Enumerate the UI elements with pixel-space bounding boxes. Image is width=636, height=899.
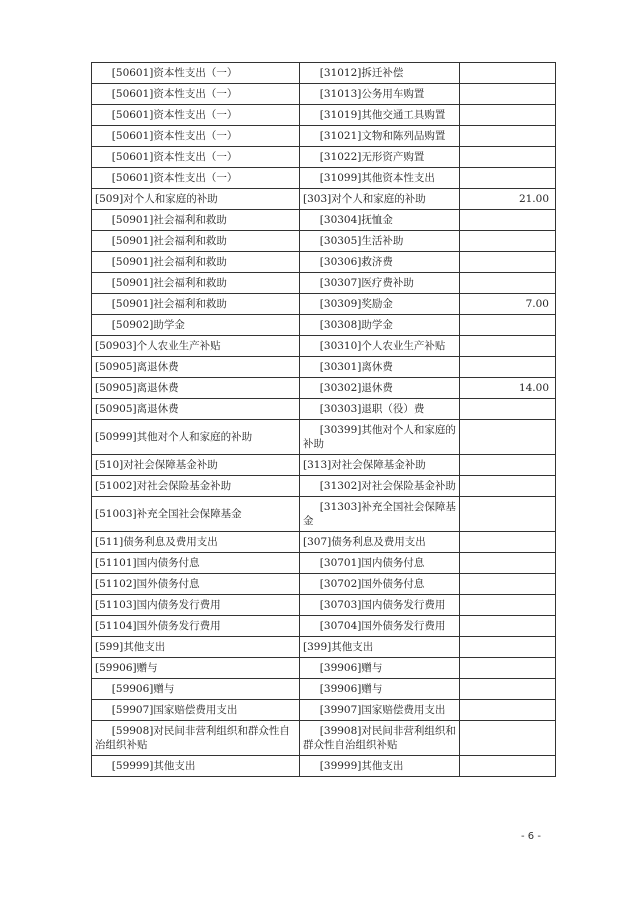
government-economic-category-cell: [50901]社会福利和救助: [92, 210, 300, 231]
government-economic-category-cell: [51103]国内债务发行费用: [92, 595, 300, 616]
departmental-economic-category-cell: [31303]补充全国社会保障基金: [300, 497, 460, 532]
government-economic-category-cell: [50901]社会福利和救助: [92, 252, 300, 273]
departmental-economic-category-cell: [31019]其他交通工具购置: [300, 105, 460, 126]
table-row: [59908]对民间非营利组织和群众性自治组织补贴[39908]对民间非营利组织…: [92, 721, 556, 756]
government-economic-category-cell: [50905]离退休费: [92, 399, 300, 420]
amount-cell: [460, 210, 556, 231]
amount-cell: [460, 336, 556, 357]
departmental-economic-category-cell: [30703]国内债务发行费用: [300, 595, 460, 616]
departmental-economic-category-cell: [30702]国外债务付息: [300, 574, 460, 595]
amount-cell: [460, 357, 556, 378]
government-economic-category-cell: [59908]对民间非营利组织和群众性自治组织补贴: [92, 721, 300, 756]
amount-cell: [460, 574, 556, 595]
government-economic-category-cell: [50901]社会福利和救助: [92, 294, 300, 315]
table-row: [50601]资本性支出（一）[31099]其他资本性支出: [92, 168, 556, 189]
departmental-economic-category-cell: [399]其他支出: [300, 637, 460, 658]
amount-cell: [460, 252, 556, 273]
departmental-economic-category-cell: [30301]离休费: [300, 357, 460, 378]
table-row: [50903]个人农业生产补贴[30310]个人农业生产补贴: [92, 336, 556, 357]
departmental-economic-category-cell: [39908]对民间非营利组织和群众性自治组织补贴: [300, 721, 460, 756]
table-row: [51103]国内债务发行费用[30703]国内债务发行费用: [92, 595, 556, 616]
departmental-economic-category-cell: [30306]救济费: [300, 252, 460, 273]
departmental-economic-category-cell: [303]对个人和家庭的补助: [300, 189, 460, 210]
government-economic-category-cell: [510]对社会保障基金补助: [92, 455, 300, 476]
government-economic-category-cell: [50902]助学金: [92, 315, 300, 336]
amount-cell: [460, 63, 556, 84]
table-row: [51002]对社会保险基金补助[31302]对社会保险基金补助: [92, 476, 556, 497]
amount-cell: [460, 455, 556, 476]
table-row: [50601]资本性支出（一）[31021]文物和陈列品购置: [92, 126, 556, 147]
table-row: [51102]国外债务付息[30702]国外债务付息: [92, 574, 556, 595]
amount-cell: [460, 553, 556, 574]
government-economic-category-cell: [50601]资本性支出（一）: [92, 63, 300, 84]
departmental-economic-category-cell: [31012]拆迁补偿: [300, 63, 460, 84]
government-economic-category-cell: [50901]社会福利和救助: [92, 273, 300, 294]
table-row: [50601]资本性支出（一）[31022]无形资产购置: [92, 147, 556, 168]
departmental-economic-category-cell: [30309]奖励金: [300, 294, 460, 315]
table-row: [50905]离退休费[30301]离休费: [92, 357, 556, 378]
amount-cell: [460, 476, 556, 497]
amount-cell: [460, 658, 556, 679]
table-row: [59999]其他支出[39999]其他支出: [92, 756, 556, 777]
amount-cell: 14.00: [460, 378, 556, 399]
government-economic-category-cell: [59906]赠与: [92, 658, 300, 679]
table-row: [50901]社会福利和救助[30306]救济费: [92, 252, 556, 273]
departmental-economic-category-cell: [30303]退职（役）费: [300, 399, 460, 420]
government-economic-category-cell: [59999]其他支出: [92, 756, 300, 777]
departmental-economic-category-cell: [31302]对社会保险基金补助: [300, 476, 460, 497]
government-economic-category-cell: [599]其他支出: [92, 637, 300, 658]
page-number: - 6 -: [521, 831, 541, 842]
amount-cell: [460, 399, 556, 420]
departmental-economic-category-cell: [313]对社会保障基金补助: [300, 455, 460, 476]
departmental-economic-category-cell: [30304]抚恤金: [300, 210, 460, 231]
table-row: [50601]资本性支出（一）[31013]公务用车购置: [92, 84, 556, 105]
government-economic-category-cell: [59906]赠与: [92, 679, 300, 700]
departmental-economic-category-cell: [30308]助学金: [300, 315, 460, 336]
amount-cell: [460, 105, 556, 126]
table-row: [511]债务利息及费用支出[307]债务利息及费用支出: [92, 532, 556, 553]
table-row: [50905]离退休费[30303]退职（役）费: [92, 399, 556, 420]
departmental-economic-category-cell: [39906]赠与: [300, 679, 460, 700]
government-economic-category-cell: [50601]资本性支出（一）: [92, 168, 300, 189]
departmental-economic-category-cell: [30704]国外债务发行费用: [300, 616, 460, 637]
departmental-economic-category-cell: [39999]其他支出: [300, 756, 460, 777]
amount-cell: [460, 756, 556, 777]
departmental-economic-category-cell: [31022]无形资产购置: [300, 147, 460, 168]
amount-cell: 7.00: [460, 294, 556, 315]
amount-cell: [460, 168, 556, 189]
table-row: [50902]助学金[30308]助学金: [92, 315, 556, 336]
departmental-economic-category-cell: [30399]其他对个人和家庭的补助: [300, 420, 460, 455]
amount-cell: [460, 315, 556, 336]
government-economic-category-cell: [509]对个人和家庭的补助: [92, 189, 300, 210]
table-row: [51104]国外债务发行费用[30704]国外债务发行费用: [92, 616, 556, 637]
table-row: [50905]离退休费[30302]退休费14.00: [92, 378, 556, 399]
amount-cell: 21.00: [460, 189, 556, 210]
table-row: [59907]国家赔偿费用支出[39907]国家赔偿费用支出: [92, 700, 556, 721]
departmental-economic-category-cell: [30310]个人农业生产补贴: [300, 336, 460, 357]
table-row: [50601]资本性支出（一）[31019]其他交通工具购置: [92, 105, 556, 126]
government-economic-category-cell: [50999]其他对个人和家庭的补助: [92, 420, 300, 455]
government-economic-category-cell: [50601]资本性支出（一）: [92, 147, 300, 168]
table-body: [50601]资本性支出（一）[31012]拆迁补偿[50601]资本性支出（一…: [92, 63, 556, 777]
table-row: [50999]其他对个人和家庭的补助[30399]其他对个人和家庭的补助: [92, 420, 556, 455]
amount-cell: [460, 497, 556, 532]
departmental-economic-category-cell: [30305]生活补助: [300, 231, 460, 252]
departmental-economic-category-cell: [31099]其他资本性支出: [300, 168, 460, 189]
amount-cell: [460, 273, 556, 294]
departmental-economic-category-cell: [31021]文物和陈列品购置: [300, 126, 460, 147]
government-economic-category-cell: [50601]资本性支出（一）: [92, 84, 300, 105]
amount-cell: [460, 532, 556, 553]
amount-cell: [460, 616, 556, 637]
table-row: [509]对个人和家庭的补助[303]对个人和家庭的补助21.00: [92, 189, 556, 210]
amount-cell: [460, 700, 556, 721]
table-row: [50901]社会福利和救助[30309]奖励金7.00: [92, 294, 556, 315]
amount-cell: [460, 231, 556, 252]
expenditure-classification-table: [50601]资本性支出（一）[31012]拆迁补偿[50601]资本性支出（一…: [91, 62, 556, 777]
table-row: [51003]补充全国社会保障基金[31303]补充全国社会保障基金: [92, 497, 556, 532]
table-row: [50901]社会福利和救助[30304]抚恤金: [92, 210, 556, 231]
table-row: [50601]资本性支出（一）[31012]拆迁补偿: [92, 63, 556, 84]
table-row: [50901]社会福利和救助[30307]医疗费补助: [92, 273, 556, 294]
amount-cell: [460, 679, 556, 700]
amount-cell: [460, 147, 556, 168]
amount-cell: [460, 126, 556, 147]
government-economic-category-cell: [511]债务利息及费用支出: [92, 532, 300, 553]
government-economic-category-cell: [50901]社会福利和救助: [92, 231, 300, 252]
departmental-economic-category-cell: [30307]医疗费补助: [300, 273, 460, 294]
government-economic-category-cell: [51002]对社会保险基金补助: [92, 476, 300, 497]
departmental-economic-category-cell: [39906]赠与: [300, 658, 460, 679]
amount-cell: [460, 84, 556, 105]
government-economic-category-cell: [51102]国外债务付息: [92, 574, 300, 595]
government-economic-category-cell: [51101]国内债务付息: [92, 553, 300, 574]
government-economic-category-cell: [50903]个人农业生产补贴: [92, 336, 300, 357]
departmental-economic-category-cell: [307]债务利息及费用支出: [300, 532, 460, 553]
departmental-economic-category-cell: [31013]公务用车购置: [300, 84, 460, 105]
government-economic-category-cell: [51003]补充全国社会保障基金: [92, 497, 300, 532]
government-economic-category-cell: [50601]资本性支出（一）: [92, 126, 300, 147]
government-economic-category-cell: [59907]国家赔偿费用支出: [92, 700, 300, 721]
table-row: [599]其他支出[399]其他支出: [92, 637, 556, 658]
departmental-economic-category-cell: [30701]国内债务付息: [300, 553, 460, 574]
departmental-economic-category-cell: [39907]国家赔偿费用支出: [300, 700, 460, 721]
government-economic-category-cell: [51104]国外债务发行费用: [92, 616, 300, 637]
table-row: [510]对社会保障基金补助[313]对社会保障基金补助: [92, 455, 556, 476]
government-economic-category-cell: [50905]离退休费: [92, 378, 300, 399]
government-economic-category-cell: [50905]离退休费: [92, 357, 300, 378]
government-economic-category-cell: [50601]资本性支出（一）: [92, 105, 300, 126]
amount-cell: [460, 420, 556, 455]
table-row: [50901]社会福利和救助[30305]生活补助: [92, 231, 556, 252]
table-row: [51101]国内债务付息[30701]国内债务付息: [92, 553, 556, 574]
amount-cell: [460, 595, 556, 616]
departmental-economic-category-cell: [30302]退休费: [300, 378, 460, 399]
amount-cell: [460, 637, 556, 658]
table-row: [59906]赠与[39906]赠与: [92, 658, 556, 679]
table-row: [59906]赠与[39906]赠与: [92, 679, 556, 700]
amount-cell: [460, 721, 556, 756]
